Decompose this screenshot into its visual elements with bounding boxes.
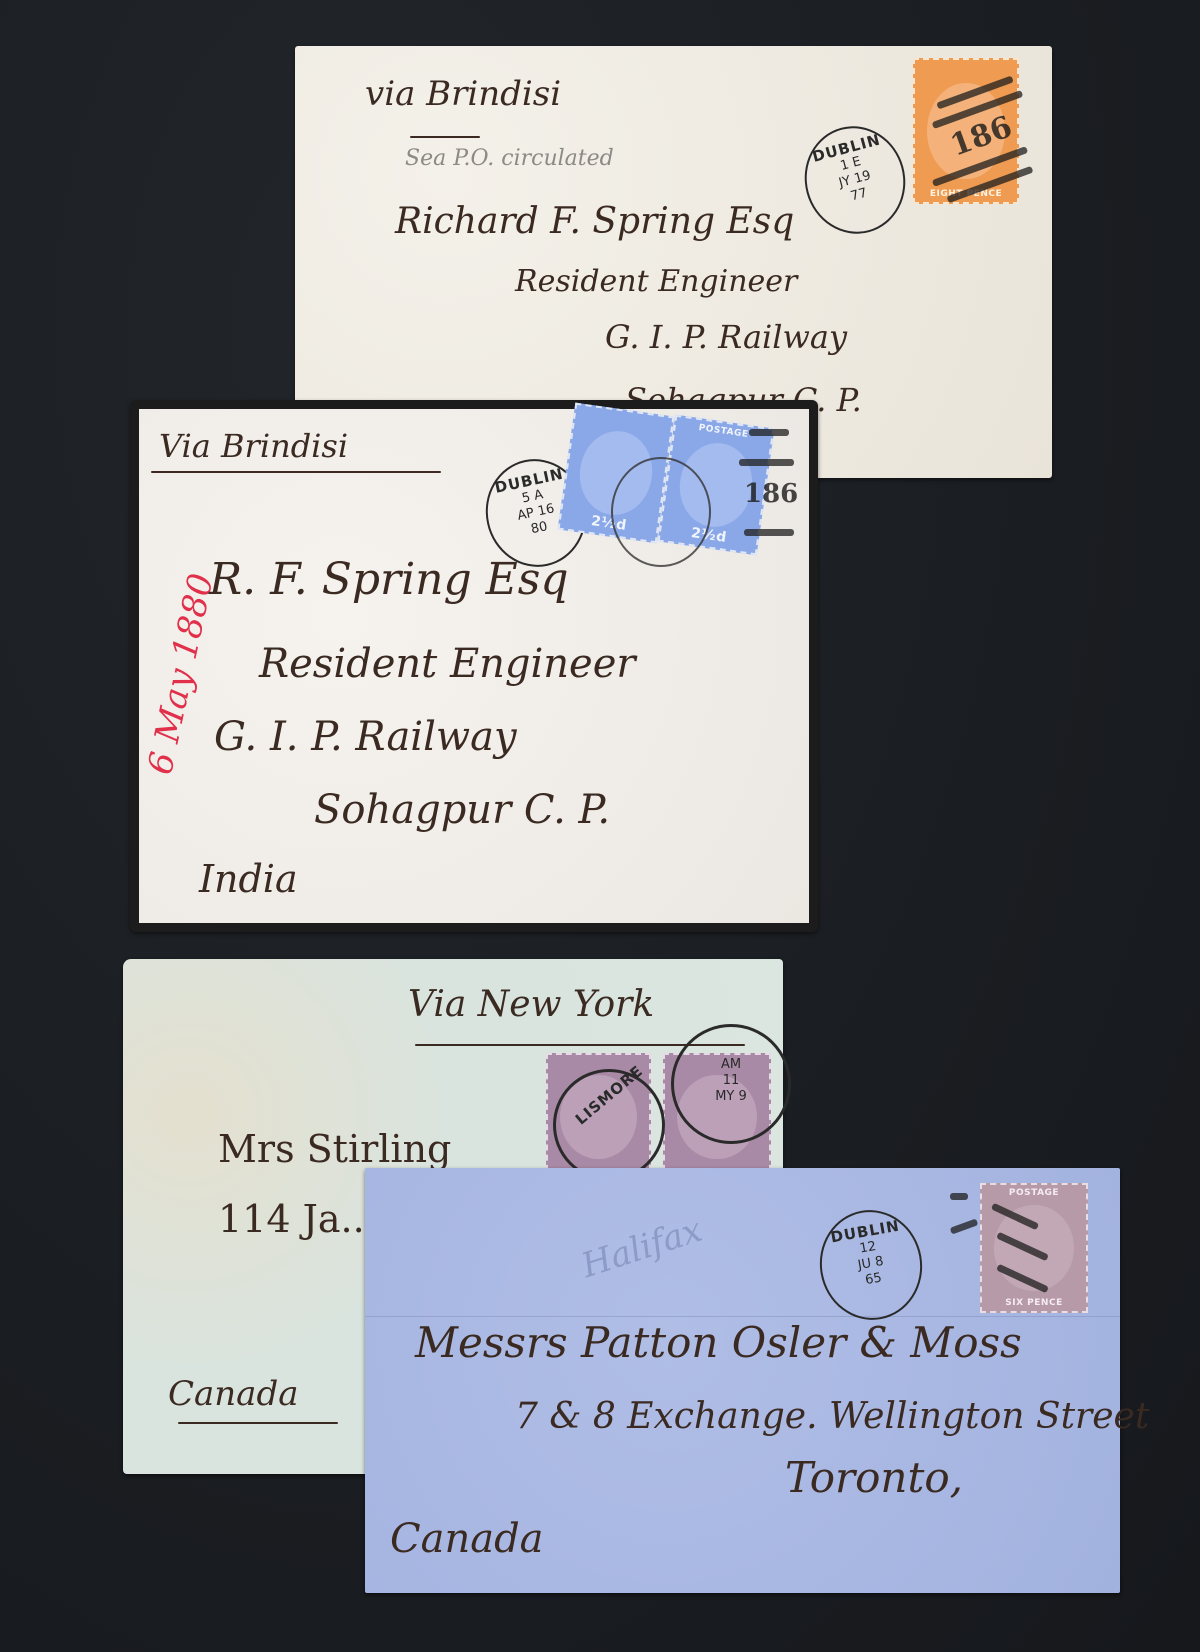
- cover-3-address-line-1: Mrs Stirling: [218, 1127, 451, 1171]
- postmark-line: AM: [674, 1057, 788, 1073]
- cover-1-address-line-2: Resident Engineer: [515, 264, 797, 299]
- cover-4-country: Canada: [390, 1516, 544, 1562]
- cover-2-stamp-cancel: [611, 457, 711, 567]
- cover-1-address-line-1: Richard F. Spring Esq: [395, 201, 794, 242]
- cover-3-routing: Via New York: [408, 984, 654, 1025]
- cover-1-duplex-cancel: 186: [925, 81, 1045, 191]
- cover-1-address-line-3: G. I. P. Railway: [605, 318, 847, 356]
- cover-3-address-line-2: 114 Ja...: [218, 1197, 377, 1241]
- cover-1-routing: via Brindisi: [365, 74, 561, 114]
- cover-3-country-underline: [178, 1422, 338, 1424]
- cover-2-address-line-5: India: [199, 857, 298, 901]
- cover-2-address-line-2: Resident Engineer: [259, 641, 636, 687]
- postmark-line: MY 9: [674, 1089, 788, 1105]
- cover-3-country: Canada: [168, 1374, 299, 1414]
- cover-3-lismore-postmark-1: LISMORE: [553, 1069, 665, 1181]
- cover-4-address-line-3: Toronto,: [785, 1453, 963, 1502]
- postmark-line: 11: [674, 1073, 788, 1089]
- cover-4-dublin-postmark: DUBLIN 12 JU 8 65: [811, 1202, 931, 1328]
- cover-4-address-line-2: 7 & 8 Exchange. Wellington Street: [515, 1396, 1149, 1437]
- cover-4-fold-line: [365, 1316, 1120, 1317]
- cover-2-address-line-4: Sohagpur C. P.: [314, 787, 610, 833]
- cover-1-routing-underline: [410, 136, 480, 138]
- cover-4-envelope: Halifax Messrs Patton Osler & Moss 7 & 8…: [365, 1168, 1120, 1593]
- duplex-number: 186: [744, 479, 798, 509]
- cover-4-faint-note: Halifax: [577, 1210, 707, 1286]
- cover-1-pencil-note: Sea P.O. circulated: [405, 146, 614, 171]
- cover-4-duplex-cancel: [950, 1183, 1060, 1313]
- cover-3-lismore-postmark-2: AM 11 MY 9: [671, 1024, 791, 1144]
- cover-2-routing-underline: [151, 471, 441, 473]
- cover-2-mourning-envelope: Via Brindisi 6 May 1880 R. F. Spring Esq…: [130, 400, 818, 932]
- cover-2-duplex-cancel: 186: [739, 419, 809, 559]
- cover-2-address-line-3: G. I. P. Railway: [214, 714, 517, 760]
- cover-1-dublin-postmark: DUBLIN 1 E JY 19 77: [793, 115, 918, 245]
- cover-4-address-line-1: Messrs Patton Osler & Moss: [415, 1318, 1022, 1367]
- cover-2-routing: Via Brindisi: [159, 427, 348, 465]
